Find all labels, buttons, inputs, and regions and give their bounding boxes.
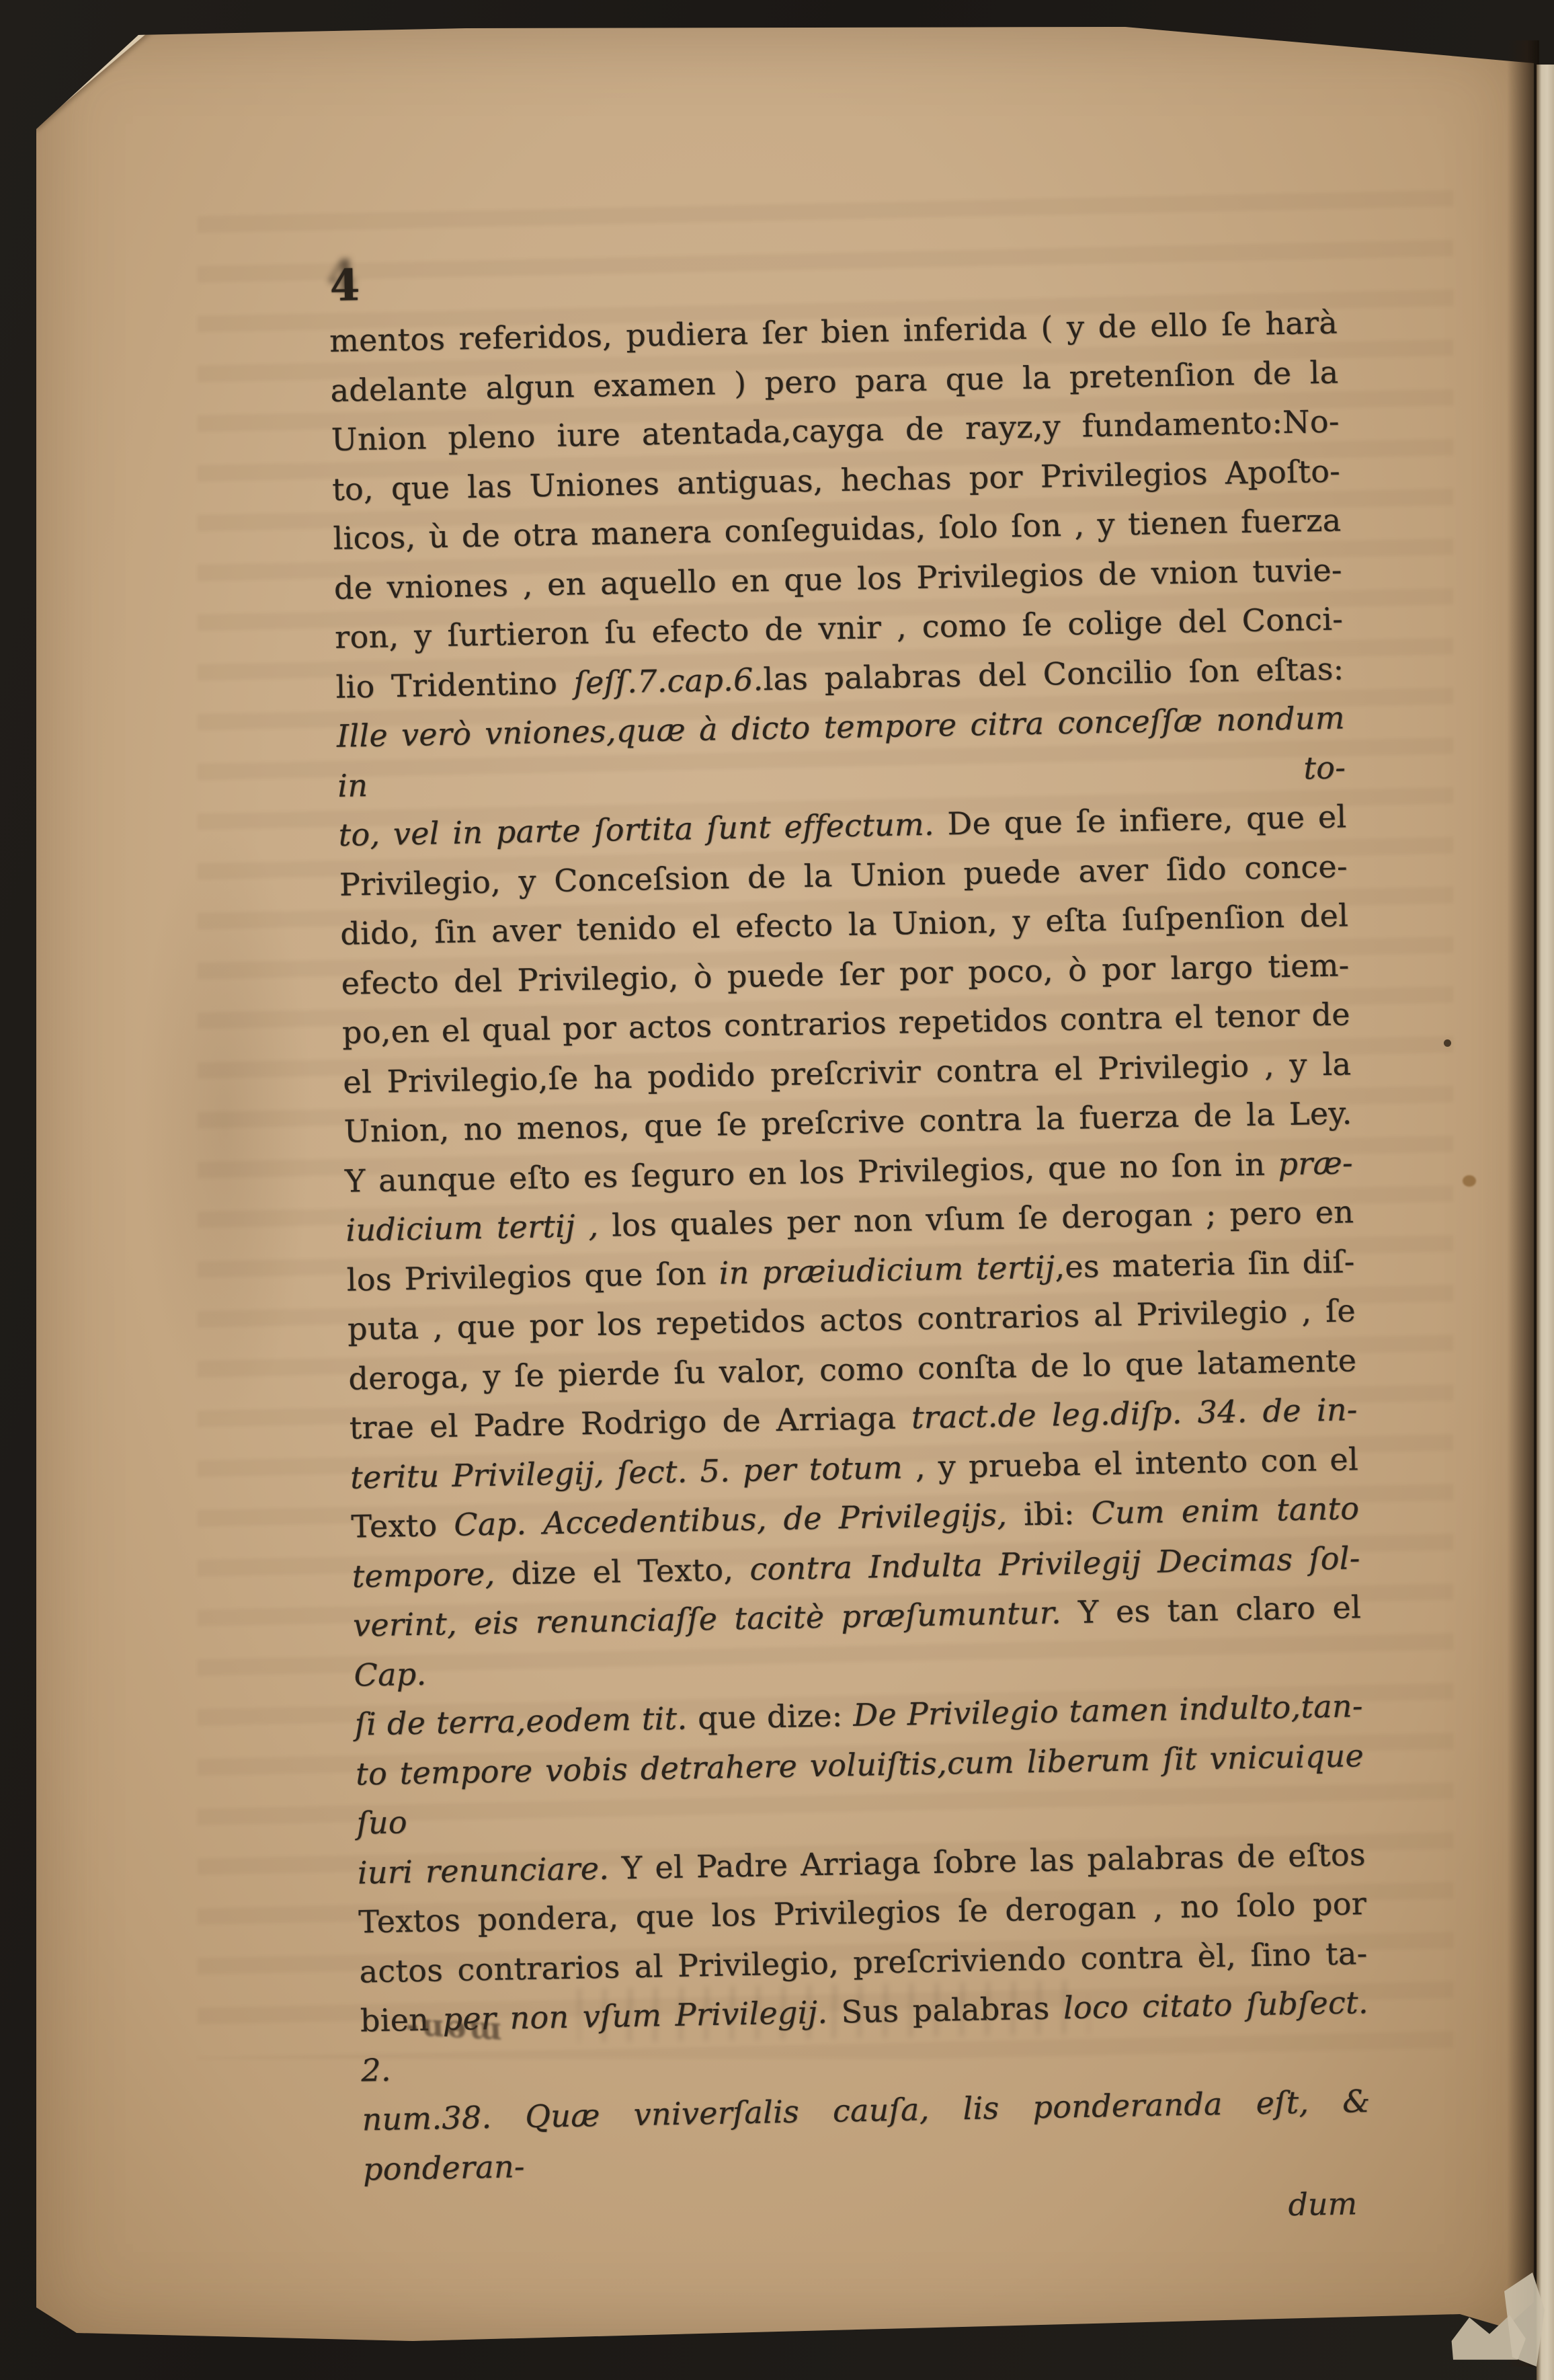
printed-text-block: 4 mentos referidos, pudiera ſer bien inf… <box>328 241 1413 2239</box>
ink-smear <box>577 1980 1089 2042</box>
spine-gutter-shadow <box>1507 40 1539 2367</box>
italic-segment: to, vel in parte ſortita ſunt effectum. <box>338 805 948 853</box>
text-line: Ille verò vniones,quæ à dicto tempore ci… <box>336 693 1346 810</box>
roman-segment: ,es materia ſin diſ- <box>1055 1243 1355 1285</box>
italic-segment: in præiudicium tertij <box>719 1248 1055 1291</box>
roman-segment: lio Tridentino <box>335 664 574 705</box>
roman-segment: trae el Padre Rodrigo de Arriaga <box>349 1399 911 1445</box>
scanned-book-photo: { "document": { "page_number": "4", "cat… <box>0 0 1554 2380</box>
roman-segment: De que ſe infiere, que el <box>947 798 1347 842</box>
brown-fleck-stain <box>1463 1175 1476 1187</box>
italic-segment: Cap. Accedentibus, de Privilegijs, <box>454 1496 1024 1543</box>
paper-stain <box>137 820 312 1425</box>
margin-ink-dot <box>1444 1039 1451 1047</box>
italic-segment: Cum enim tanto <box>1091 1490 1360 1531</box>
roman-segment: dize el Texto, <box>511 1550 750 1591</box>
italic-segment: Ille verò vniones,quæ à dicto tempore ci… <box>336 699 1346 803</box>
italic-segment: iuri renunciare. <box>357 1850 622 1891</box>
italic-segment: iudicium tertij , <box>345 1207 612 1248</box>
italic-segment: De Privilegio tamen indulto,tan- <box>853 1688 1363 1733</box>
roman-segment: los quales per non vſum ſe derogan ; per… <box>612 1193 1354 1243</box>
roman-segment: ibi: <box>1024 1495 1092 1533</box>
roman-segment: los Privilegios que ſon <box>346 1255 719 1298</box>
italic-segment: Cap. <box>354 1655 427 1693</box>
roman-segment: Y el Padre Arriaga ſobre las palabras de… <box>621 1836 1366 1886</box>
italic-segment: to tempore vobis detrahere voluiſtis,cum… <box>356 1737 1364 1841</box>
italic-segment: num.38. Quæ vniverſalis cauſa, lis ponde… <box>362 2083 1371 2187</box>
italic-segment: teritu Privilegij, ſect. 5. per totum <box>350 1449 916 1495</box>
italic-segment: verint, eis renunciaſſe tacitè præſumunt… <box>353 1594 1079 1644</box>
text-line: to tempore vobis detrahere voluiſtis,cum… <box>356 1731 1365 1848</box>
roman-segment: que dize: <box>698 1697 854 1736</box>
italic-segment: præ- <box>1278 1144 1353 1182</box>
italic-segment: contra Indulta Privilegij Decimas ſol- <box>749 1540 1360 1587</box>
roman-segment: , y prueba el intento con el <box>915 1441 1358 1485</box>
italic-segment: tempore, <box>352 1555 512 1594</box>
italic-segment: ſi de terra,eodem tit. <box>354 1700 698 1742</box>
roman-segment: Y es tan claro el <box>1078 1589 1362 1630</box>
dog-ear-corner-fold-inner <box>35 24 129 105</box>
roman-segment: las palabras del Concilio ſon eſtas: <box>763 650 1344 697</box>
roman-segment: Texto <box>351 1507 454 1545</box>
text-line: verint, eis renunciaſſe tacitè præſumunt… <box>353 1583 1362 1700</box>
text-line: num.38. Quæ vniverſalis cauſa, lis ponde… <box>362 2077 1371 2194</box>
italic-segment: ſeſſ.7.cap.6. <box>573 661 764 701</box>
next-page-edge <box>1537 65 1554 2380</box>
body-text: mentos referidos, pudiera ſer bien infer… <box>329 298 1372 2194</box>
ink-offset-smudge: men- <box>403 2011 503 2053</box>
italic-segment: tract.de leg.diſp. 34. de in- <box>911 1391 1358 1435</box>
